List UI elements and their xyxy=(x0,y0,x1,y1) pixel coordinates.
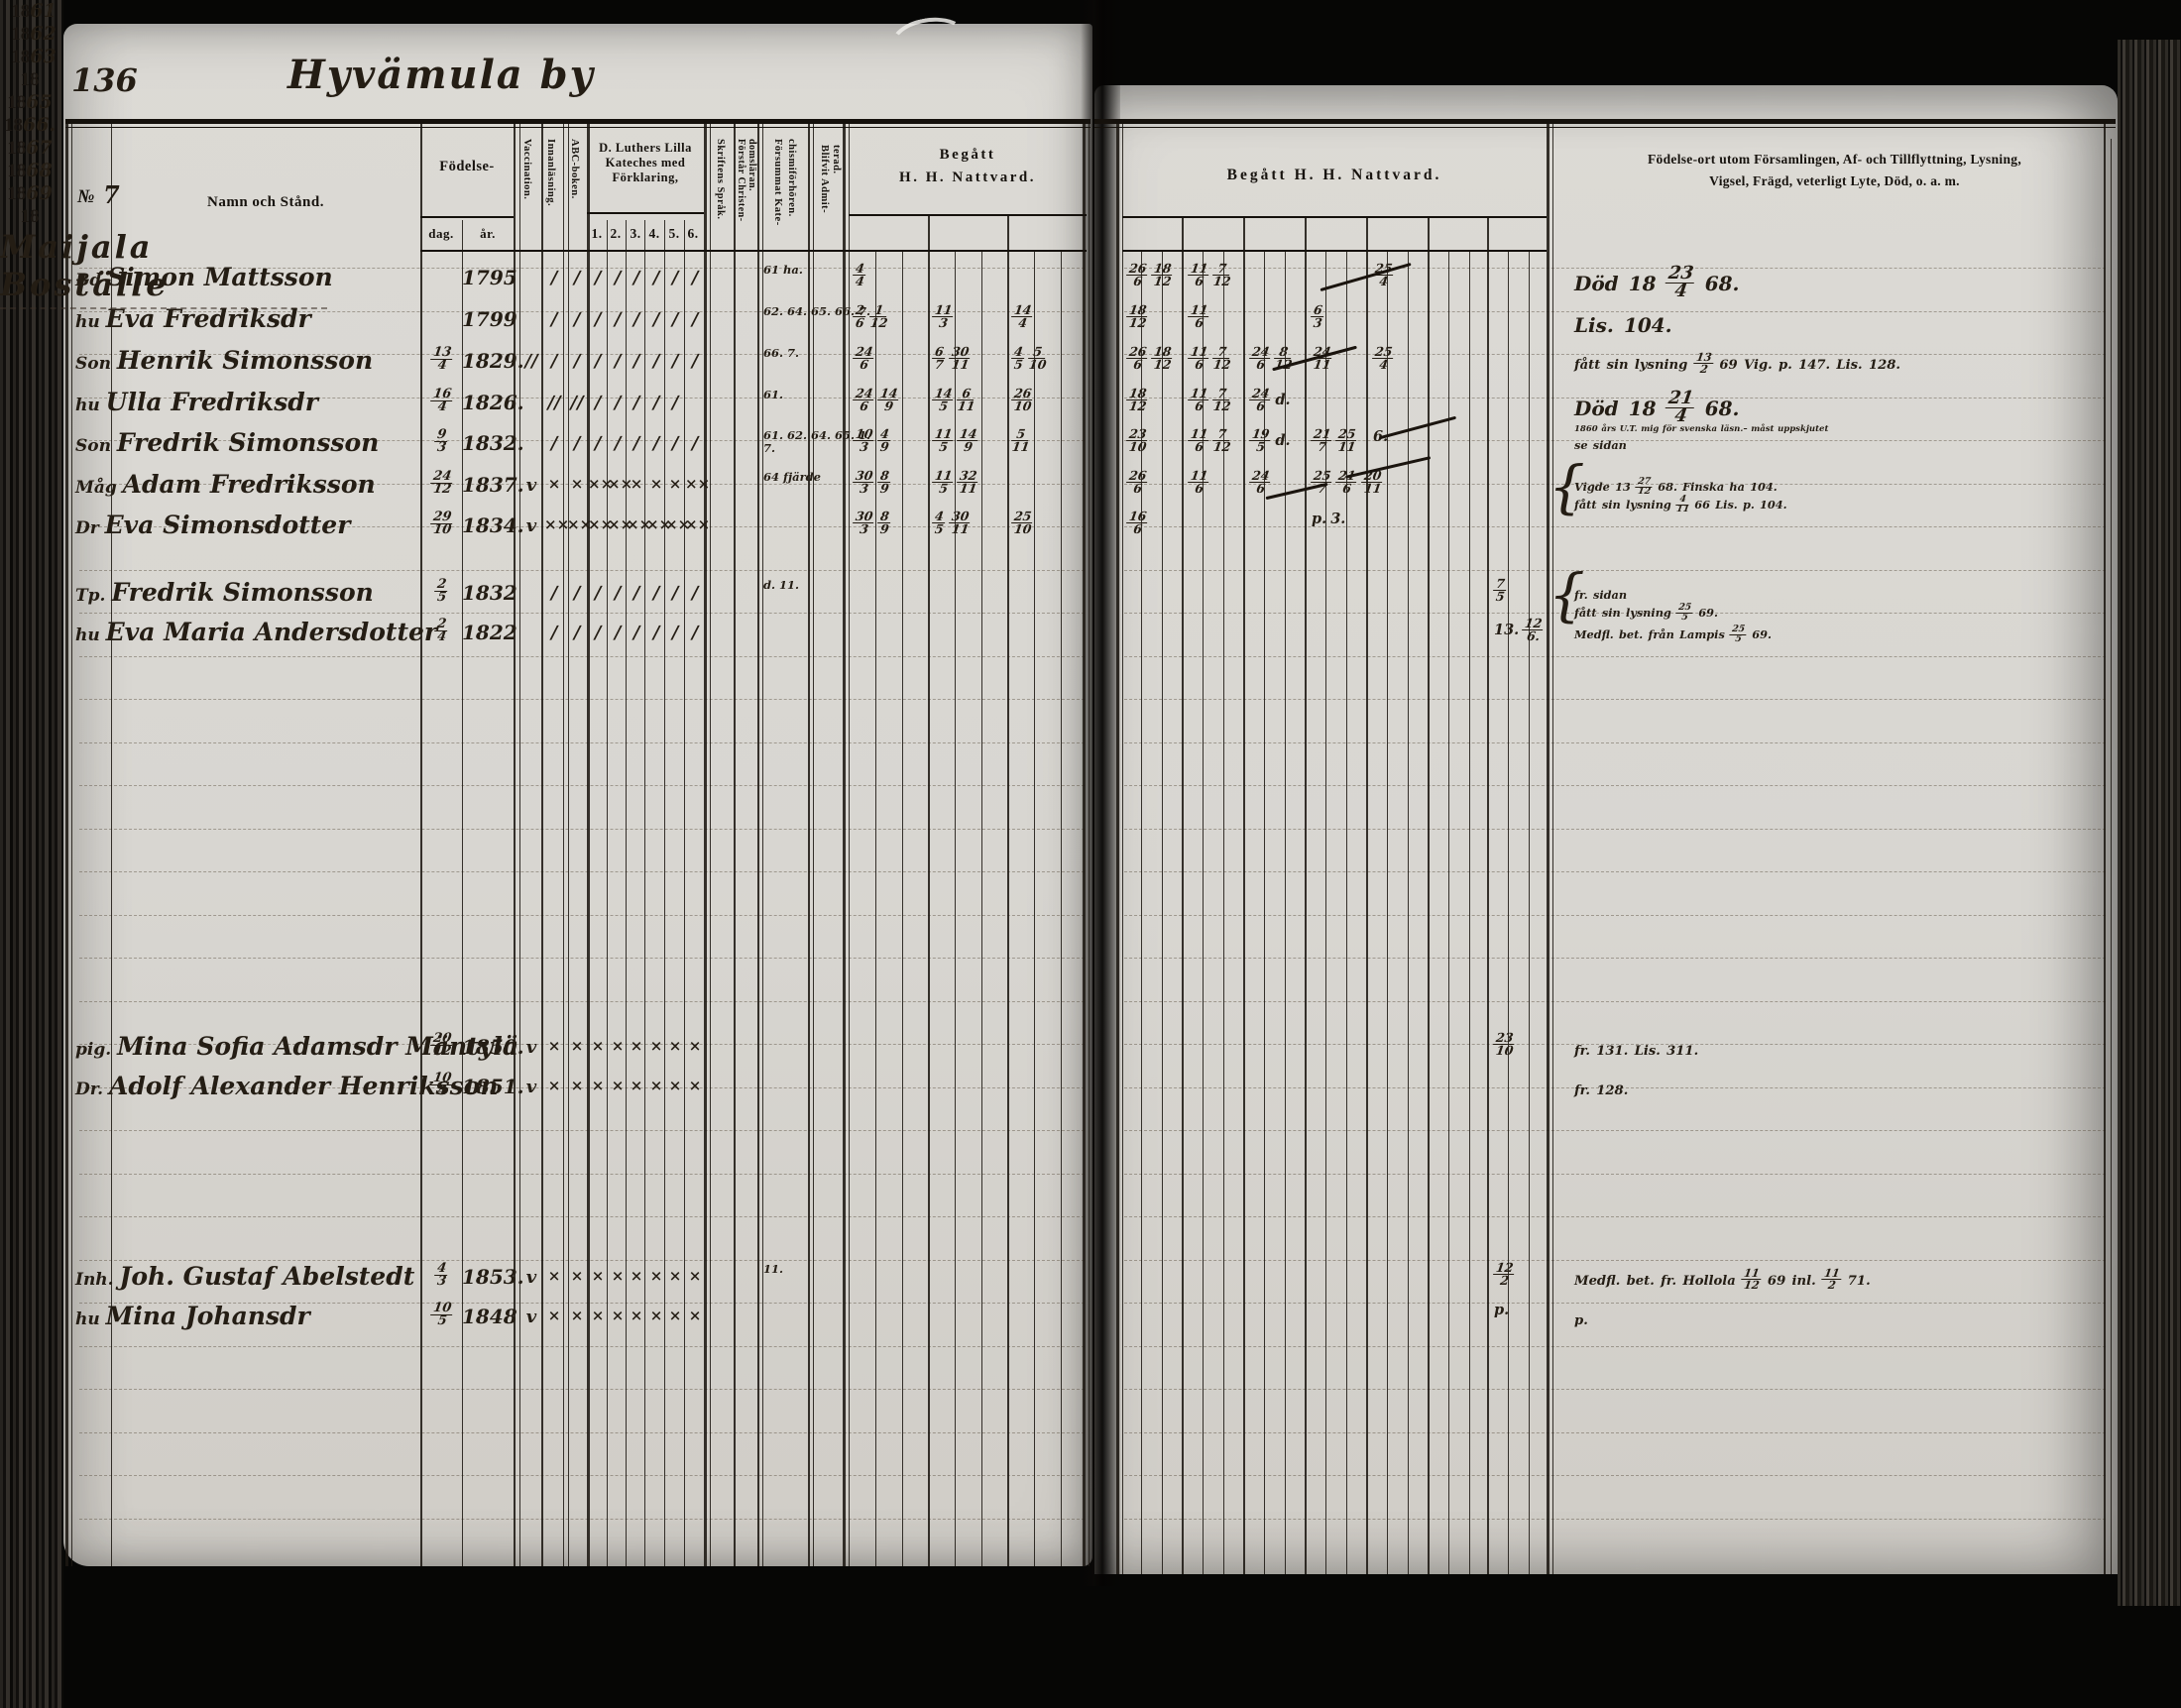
assessment-mark: ∕ xyxy=(567,433,587,454)
date-fraction: 132 xyxy=(1694,353,1714,375)
date-token: d. xyxy=(1275,392,1290,408)
date-fraction: 89 xyxy=(878,470,891,494)
date-fraction: 255 xyxy=(1676,604,1693,622)
communion-mark: 246 xyxy=(854,346,874,370)
date-fraction: 166 xyxy=(1127,511,1148,534)
person-name-group: Bd Simon Mattsson xyxy=(75,263,418,291)
birth-day: 43 xyxy=(424,1263,460,1288)
missed-note: 11. xyxy=(763,1263,874,1276)
date-fraction: 116 xyxy=(1189,470,1209,494)
assessment-mark: ∕ xyxy=(544,623,564,643)
date-fraction: 93 xyxy=(435,429,448,454)
assessment-mark: × xyxy=(567,1267,587,1285)
assessment-mark: × xyxy=(588,1267,608,1285)
assessment-mark: ×× xyxy=(685,515,705,533)
assessment-mark: × xyxy=(646,1307,666,1324)
year-suffix: 69 xyxy=(26,182,52,204)
assessment-mark: ×× xyxy=(544,515,564,533)
person-name-group: hu Eva Fredriksdr xyxy=(75,304,418,333)
date-token: måst xyxy=(1751,424,1774,434)
communion-mark: 63 xyxy=(1312,304,1324,328)
date-token: fått xyxy=(1574,606,1597,620)
year-suffix: 63 xyxy=(30,46,56,67)
date-fraction: 145 xyxy=(933,388,954,411)
date-fraction: 26 xyxy=(854,304,866,328)
communion-mark: 2572162011 xyxy=(1312,470,1383,494)
assessment-mark: × xyxy=(665,475,685,493)
assessment-mark: ∕ xyxy=(567,351,587,372)
margin-note: fått sin lysning 411 66 Lis. p. 104. xyxy=(1574,495,1787,513)
date-token: 128. xyxy=(1869,358,1900,373)
date-token: 68. xyxy=(1705,397,1740,420)
assessment-mark: v xyxy=(521,1077,541,1097)
assessment-mark: ×× xyxy=(588,515,608,533)
margin-note: Medfl. bet. fr. Hollola 1112 69 inl. 112… xyxy=(1574,1269,1871,1291)
birth-year: 1826. xyxy=(462,391,514,414)
date-token: 1860 xyxy=(1574,424,1598,434)
date-token: Finska xyxy=(1682,480,1724,494)
assessment-mark: ∕ xyxy=(646,268,666,288)
assessment-mark: ∕ xyxy=(646,623,666,643)
assessment-mark: ×× xyxy=(608,515,628,533)
assessment-mark: × xyxy=(665,1037,685,1055)
person-prefix: hu xyxy=(75,626,106,645)
date-token: sidan xyxy=(1593,438,1627,452)
person-prefix: Inh. xyxy=(75,1270,120,1290)
person-name-group: Son Henrik Simonsson xyxy=(75,346,418,375)
assessment-mark: ∕ xyxy=(646,583,666,604)
date-fraction: 103 xyxy=(854,428,874,452)
date-fraction: 2610 xyxy=(1012,388,1033,411)
date-token: 128. xyxy=(1596,1083,1628,1098)
date-fraction: 511 xyxy=(1012,428,1029,452)
date-token: Vig. xyxy=(1744,358,1773,373)
assessment-mark: ∕ xyxy=(685,351,705,372)
margin-note: 1860 års U.T. mig för svenska läsn.– mås… xyxy=(1574,422,1828,434)
register-entries: 1861186218631818651866.186718681869181.2… xyxy=(0,0,2181,1708)
date-fraction: 149 xyxy=(878,388,899,411)
birth-day: 93 xyxy=(424,429,460,454)
date-token: fått xyxy=(1574,358,1600,373)
assessment-mark: × xyxy=(588,1307,608,1324)
assessment-mark: × xyxy=(665,1307,685,1324)
assessment-mark: ×× xyxy=(685,475,705,493)
margin-note: fr. sidan xyxy=(1574,585,1627,603)
assessment-mark: × xyxy=(544,1077,564,1094)
communion-mark: p.3. xyxy=(1312,511,1345,527)
person-name: Henrik Simonsson xyxy=(117,346,373,375)
date-fraction: 2012 xyxy=(431,1033,453,1058)
date-token: 71. xyxy=(1848,1274,1871,1289)
person-name: Mina Johansdr xyxy=(106,1302,310,1330)
margin-note: Lis. 104. xyxy=(1574,305,1672,339)
person-prefix: Dr. xyxy=(75,1080,109,1099)
date-fraction: 1812 xyxy=(1152,346,1173,370)
person-prefix: hu xyxy=(75,312,106,332)
date-token: Vigde xyxy=(1574,480,1610,494)
date-token: fr. xyxy=(1661,1274,1676,1289)
date-token: 69. xyxy=(1698,606,1718,620)
date-fraction: 2712 xyxy=(1636,478,1653,496)
catechism-col-number: 3. xyxy=(627,226,644,242)
date-fraction: 2310 xyxy=(1494,1032,1515,1056)
margin-note: fått sin lysning 132 69 Vig. p. 147. Lis… xyxy=(1574,353,1900,375)
person-prefix: Son xyxy=(75,436,117,456)
date-token: p. xyxy=(1779,358,1792,373)
margin-note: p. xyxy=(1574,1309,1588,1329)
person-name-group: Dr Eva Simonsdotter xyxy=(75,511,418,539)
assessment-mark: ∕ xyxy=(544,309,564,330)
date-fraction: 2412 xyxy=(431,471,453,496)
assessment-mark: v xyxy=(521,1307,541,1327)
assessment-mark: ∕ xyxy=(588,393,608,413)
person-name: Ulla Fredriksdr xyxy=(106,388,318,416)
catechism-col-number: 1. xyxy=(588,226,606,242)
assessment-mark: ∕ xyxy=(665,393,685,413)
communion-mark: 113 xyxy=(933,304,954,328)
communion-mark: 195d. xyxy=(1250,428,1291,452)
date-token: 3. xyxy=(1330,511,1345,527)
margin-note: Vigde 13 2712 68. Finska ha 104. xyxy=(1574,477,1778,496)
assessment-mark: × xyxy=(685,1307,705,1324)
year-label: 1868 xyxy=(0,160,59,182)
date-fraction: 25 xyxy=(435,579,448,604)
date-fraction: 712 xyxy=(1213,388,1230,411)
date-fraction: 255 xyxy=(1730,626,1747,643)
assessment-mark: × xyxy=(544,1267,564,1285)
communion-mark: 246149 xyxy=(854,388,900,411)
assessment-mark: ∕ xyxy=(588,433,608,454)
date-token: Död xyxy=(1574,272,1619,295)
communion-mark: 30389 xyxy=(854,511,891,534)
birth-day: 2412 xyxy=(424,471,460,496)
birth-year: 1850. xyxy=(462,1035,514,1059)
date-fraction: 1812 xyxy=(1127,304,1148,328)
communion-mark: 13.126. xyxy=(1494,618,1545,641)
date-fraction: 266 xyxy=(1127,470,1148,494)
communion-mark: 116 xyxy=(1189,470,1209,494)
date-token: 18 xyxy=(1629,272,1657,295)
date-fraction: 115 xyxy=(933,470,954,494)
assessment-mark: ∕ xyxy=(627,433,646,454)
date-fraction: 116 xyxy=(1189,428,1209,452)
assessment-mark: × xyxy=(567,1037,587,1055)
assessment-mark: ∕ xyxy=(627,583,646,604)
assessment-mark: ∕ xyxy=(544,268,564,288)
communion-mark: 254 xyxy=(1373,346,1394,370)
date-token: p. xyxy=(1494,1302,1509,1318)
date-token: inl. xyxy=(1792,1274,1816,1289)
assessment-mark: ×× xyxy=(567,515,587,533)
communion-mark: 266 xyxy=(1127,470,1148,494)
date-fraction: 217 xyxy=(1312,428,1332,452)
assessment-mark: ∕ xyxy=(646,393,666,413)
assessment-mark: × xyxy=(685,1267,705,1285)
date-fraction: 2910 xyxy=(431,512,453,536)
date-fraction: 45 xyxy=(1012,346,1025,370)
assessment-mark: ∕ xyxy=(608,268,628,288)
communion-mark: 673011 xyxy=(933,346,971,370)
date-fraction: 246 xyxy=(1250,470,1271,494)
birth-day: 24 xyxy=(424,619,460,643)
date-fraction: 303 xyxy=(854,511,874,534)
assessment-mark: v xyxy=(521,1037,541,1058)
assessment-mark: × xyxy=(646,1077,666,1094)
date-fraction: 266 xyxy=(1127,346,1148,370)
date-token: för xyxy=(1663,424,1676,434)
communion-mark: 30389 xyxy=(854,470,891,494)
date-token: Medfl. xyxy=(1574,1274,1620,1289)
year-suffix: 68 xyxy=(26,160,52,181)
communion-mark: 116712 xyxy=(1189,263,1231,286)
communion-mark: 2610 xyxy=(1012,388,1033,411)
assessment-mark: ∕ xyxy=(588,623,608,643)
date-fraction: 2510 xyxy=(1012,511,1033,534)
assessment-mark: ×× xyxy=(665,515,685,533)
date-token: lysning xyxy=(1635,358,1687,373)
assessment-mark: ∕ xyxy=(588,583,608,604)
assessment-mark: ∕ xyxy=(544,583,564,604)
date-token: bet. xyxy=(1627,1274,1655,1289)
date-token: Lis. xyxy=(1635,1044,1661,1059)
date-token: mig xyxy=(1641,424,1659,434)
date-token: sin xyxy=(1602,498,1621,512)
catechism-col-number: 6. xyxy=(684,226,702,242)
date-fraction: 126. xyxy=(1523,618,1544,641)
communion-mark: 26112 xyxy=(854,304,887,328)
assessment-mark: ∕ xyxy=(567,268,587,288)
date-fraction: 45 xyxy=(933,511,946,534)
date-fraction: 246 xyxy=(1250,388,1271,411)
communion-mark: 2661812 xyxy=(1127,346,1174,370)
year-suffix: 61 xyxy=(30,0,56,22)
birth-year: 1795 xyxy=(462,266,514,289)
date-token: 69. xyxy=(1752,627,1772,641)
date-fraction: 122 xyxy=(1494,1262,1515,1286)
date-fraction: 1112 xyxy=(1742,1269,1762,1291)
communion-mark: 2661812 xyxy=(1127,263,1174,286)
assessment-mark: × xyxy=(544,1037,564,1055)
assessment-mark: × xyxy=(665,1267,685,1285)
year-suffix: 62 xyxy=(30,23,56,45)
person-name: Joh. Gustaf Abelstedt xyxy=(120,1262,415,1291)
strike-mark xyxy=(1345,456,1431,478)
assessment-mark: ∕ xyxy=(608,433,628,454)
person-name-group: pig. Mina Sofia Adamsdr Mäntylä xyxy=(75,1032,418,1061)
communion-mark: 246 xyxy=(1250,470,1271,494)
assessment-mark: ∕∕ xyxy=(567,393,587,413)
date-token: 66 xyxy=(1694,498,1710,512)
date-fraction: 134 xyxy=(431,347,453,372)
assessment-mark: ×× xyxy=(627,515,646,533)
birth-year: 1799 xyxy=(462,307,514,331)
date-token: fått xyxy=(1574,498,1597,512)
date-token: från xyxy=(1648,627,1673,641)
date-fraction: 195 xyxy=(1250,428,1271,452)
communion-mark: p. xyxy=(1494,1302,1509,1318)
assessment-mark: ∕ xyxy=(608,583,628,604)
date-fraction: 214 xyxy=(1666,391,1695,424)
date-token: lysning xyxy=(1626,498,1671,512)
assessment-mark: × xyxy=(567,1077,587,1094)
date-token: 311. xyxy=(1666,1044,1698,1059)
date-token: svenska xyxy=(1680,424,1718,434)
date-fraction: 411 xyxy=(1676,496,1689,513)
assessment-mark: ∕ xyxy=(627,309,646,330)
date-token: fr. xyxy=(1574,1044,1590,1059)
person-prefix: Tp. xyxy=(75,586,111,606)
assessment-mark: × xyxy=(627,1037,646,1055)
date-fraction: 2310 xyxy=(1127,428,1148,452)
communion-mark: 145611 xyxy=(933,388,976,411)
date-token: Medfl. xyxy=(1574,627,1614,641)
birth-day: 104 xyxy=(424,1073,460,1097)
catechism-col-number: 4. xyxy=(645,226,663,242)
person-prefix: Son xyxy=(75,354,117,374)
assessment-mark: ∕ xyxy=(608,309,628,330)
date-fraction: 24 xyxy=(435,619,448,643)
date-fraction: 63 xyxy=(1312,304,1324,328)
date-fraction: 89 xyxy=(878,511,891,534)
assessment-mark: × xyxy=(685,1037,705,1055)
date-token: 104. xyxy=(1760,498,1787,512)
person-prefix: Bd xyxy=(75,271,107,290)
date-token: d. xyxy=(1275,432,1290,449)
assessment-mark: × xyxy=(588,1077,608,1094)
date-token: 104. xyxy=(1624,313,1672,337)
date-fraction: 3211 xyxy=(958,470,978,494)
communion-mark: 44 xyxy=(854,263,866,286)
margin-note: fr. 131. Lis. 311. xyxy=(1574,1039,1698,1060)
birth-year: 1848 xyxy=(462,1305,514,1328)
date-fraction: 266 xyxy=(1127,263,1148,286)
missed-note: d. 11. xyxy=(763,579,874,592)
date-fraction: 712 xyxy=(1213,428,1230,452)
communion-mark: 1812 xyxy=(1127,304,1148,328)
person-name: Simon Mattsson xyxy=(107,263,333,291)
communion-mark: 10349 xyxy=(854,428,891,452)
date-token: U.T. xyxy=(1620,424,1638,434)
person-prefix: hu xyxy=(75,1309,106,1329)
birth-day: 2910 xyxy=(424,512,460,536)
date-fraction: 1812 xyxy=(1127,388,1148,411)
assessment-mark: ∕ xyxy=(627,268,646,288)
date-fraction: 116 xyxy=(1189,304,1209,328)
communion-mark: 144 xyxy=(1012,304,1033,328)
assessment-mark: × xyxy=(608,1307,628,1324)
date-token: se xyxy=(1574,438,1588,452)
date-fraction: 116 xyxy=(1189,346,1209,370)
assessment-mark: × xyxy=(685,1077,705,1094)
date-fraction: 115 xyxy=(933,428,954,452)
birth-day: 25 xyxy=(424,579,460,604)
margin-note: Död 18 234 68. xyxy=(1574,264,1740,299)
communion-mark: 122 xyxy=(1494,1262,1515,1286)
communion-mark: 2310 xyxy=(1494,1032,1515,1056)
date-fraction: 234 xyxy=(1666,266,1695,299)
communion-mark: 511 xyxy=(1012,428,1029,452)
date-fraction: 712 xyxy=(1213,263,1230,286)
assessment-mark: ×× xyxy=(588,475,608,493)
person-prefix: Måg xyxy=(75,478,123,498)
date-token: fr. xyxy=(1574,588,1588,602)
assessment-mark: ∕ xyxy=(665,623,685,643)
person-name-group: Son Fredrik Simonsson xyxy=(75,428,418,457)
communion-mark: 246d. xyxy=(1250,388,1291,411)
communion-mark: 116712 xyxy=(1189,388,1231,411)
assessment-mark: ∕ xyxy=(646,433,666,454)
assessment-mark: ∕ xyxy=(685,433,705,454)
communion-mark: 116712 xyxy=(1189,428,1231,452)
birth-year: 1834. xyxy=(462,513,514,537)
assessment-mark: ∕ xyxy=(567,623,587,643)
communion-mark: 453011 xyxy=(933,511,971,534)
assessment-mark: ×× xyxy=(608,475,628,493)
assessment-mark: ∕ xyxy=(567,309,587,330)
date-fraction: 116 xyxy=(1189,388,1209,411)
assessment-mark: ×× xyxy=(646,515,666,533)
strike-mark xyxy=(1320,263,1411,291)
date-fraction: 75 xyxy=(1494,578,1507,602)
date-fraction: 49 xyxy=(878,428,891,452)
assessment-mark: × xyxy=(608,1077,628,1094)
assessment-mark: ∕ xyxy=(665,268,685,288)
person-name-group: hu Ulla Fredriksdr xyxy=(75,388,418,416)
assessment-mark: × xyxy=(646,475,666,493)
strike-mark xyxy=(1379,416,1456,439)
margin-note: fr. 128. xyxy=(1574,1079,1628,1099)
assessment-mark: ∕ xyxy=(627,623,646,643)
date-token: sin xyxy=(1607,358,1629,373)
assessment-mark: ∕ xyxy=(588,268,608,288)
assessment-mark: ∕ xyxy=(544,433,564,454)
assessment-mark: × xyxy=(627,1077,646,1094)
date-token: p. xyxy=(1574,1313,1588,1328)
birth-year: 1829. xyxy=(462,349,514,373)
year-label: 1861 xyxy=(0,0,67,23)
communion-mark: 1812 xyxy=(1127,388,1148,411)
person-prefix: pig. xyxy=(75,1040,117,1060)
date-token: 18 xyxy=(1629,397,1657,420)
assessment-mark: v xyxy=(521,1267,541,1288)
assessment-mark: × xyxy=(567,475,587,493)
date-token: Lis. xyxy=(1574,313,1614,337)
assessment-mark: ∕ xyxy=(685,309,705,330)
date-token: 147. xyxy=(1798,358,1830,373)
assessment-mark: ∕ xyxy=(665,309,685,330)
date-token: läsn.– xyxy=(1721,424,1748,434)
year-label: 1866. xyxy=(0,114,59,137)
year-label: 1862 xyxy=(0,23,67,46)
assessment-mark: ∕ xyxy=(685,583,705,604)
assessment-mark: × xyxy=(665,1077,685,1094)
date-fraction: 3011 xyxy=(950,346,971,370)
birth-year: 1832. xyxy=(462,431,514,455)
person-name: Fredrik Simonsson xyxy=(111,578,373,607)
date-fraction: 44 xyxy=(854,263,866,286)
assessment-mark: v xyxy=(521,475,541,496)
date-token: p. xyxy=(1312,511,1326,527)
date-fraction: 116 xyxy=(1189,263,1209,286)
date-token: sin xyxy=(1602,606,1621,620)
date-fraction: 112 xyxy=(870,304,887,328)
assessment-mark: v xyxy=(521,515,541,536)
person-name-group: Inh. Joh. Gustaf Abelstedt xyxy=(75,1262,418,1291)
date-token: 131. xyxy=(1596,1044,1628,1059)
assessment-mark: × xyxy=(627,1307,646,1324)
date-fraction: 510 xyxy=(1029,346,1046,370)
assessment-mark: ∕∕ xyxy=(521,351,541,372)
